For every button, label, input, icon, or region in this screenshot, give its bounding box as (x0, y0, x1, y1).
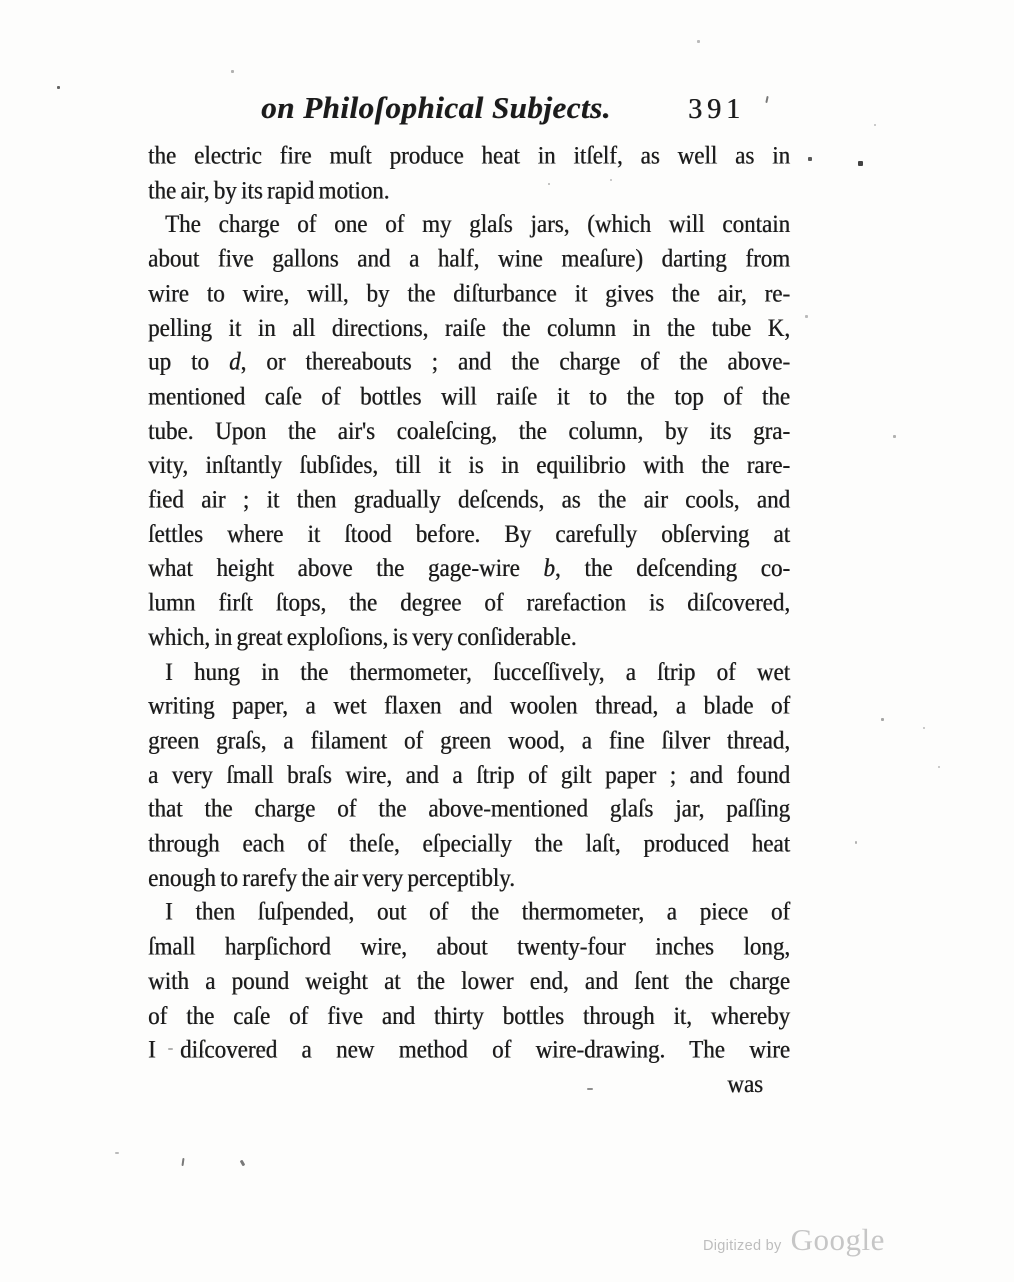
text-block: the electric fire muſt produce heat in i… (148, 139, 790, 1102)
book-page: on Philoſophical Subjects. 391 the elect… (0, 0, 1014, 1282)
text-line: vity, inſtantly ſubſides, till it is in … (148, 448, 790, 482)
scan-speck (858, 161, 863, 166)
scan-speck (181, 1158, 184, 1166)
text-lines: the electric fire muſt produce heat in i… (148, 139, 790, 1067)
text-line: wire to wire, will, by the diſturbance i… (148, 277, 790, 311)
page-header: on Philoſophical Subjects. 391 (148, 90, 790, 132)
text-line: with a pound weight at the lower end, an… (148, 964, 790, 998)
scan-speck (200, 1051, 204, 1053)
scan-speck (938, 766, 940, 768)
text-line: I diſcovered a new method of wire-drawin… (148, 1033, 790, 1067)
text-line: I then ſuſpended, out of the thermometer… (148, 896, 790, 930)
digitization-watermark: Digitized by Google (703, 1222, 885, 1258)
text-line: through each of theſe, eſpecially the la… (148, 827, 790, 861)
text-line: of the caſe of five and thirty bottles t… (148, 999, 790, 1033)
scan-speck (874, 124, 876, 126)
scan-speck (587, 1088, 593, 1090)
text-line: enough to rarefy the air very perceptibl… (148, 861, 790, 895)
text-line: The charge of one of my glaſs jars, (whi… (148, 208, 790, 242)
text-line: the air, by its rapid motion. (148, 173, 790, 207)
text-line: the electric fire muſt produce heat in i… (148, 139, 790, 173)
scan-speck (262, 1046, 266, 1048)
scan-speck (231, 70, 234, 73)
page-number: 391 (688, 94, 745, 126)
text-line: ſettles where it ſtood before. By carefu… (148, 517, 790, 551)
text-line: ſmall harpſichord wire, about twenty-fou… (148, 930, 790, 964)
text-line: writing paper, a wet flaxen and woolen t… (148, 689, 790, 723)
text-line: up to d, or thereabouts ; and the charge… (148, 345, 790, 379)
scan-speck (893, 435, 896, 438)
digitized-by-label: Digitized by (703, 1238, 782, 1254)
scan-speck (57, 86, 60, 89)
scan-speck (115, 1152, 119, 1154)
text-line: pelling it in all directions, raiſe the … (148, 311, 790, 345)
scan-speck (923, 727, 925, 729)
text-line: tube. Upon the air's coaleſcing, the col… (148, 414, 790, 448)
scan-speck (855, 841, 857, 844)
text-line: which, in great exploſions, is very conſ… (148, 620, 790, 654)
text-line: a very ſmall braſs wire, and a ſtrip of … (148, 758, 790, 792)
text-line: green graſs, a filament of green wood, a… (148, 724, 790, 758)
running-title: on Philoſophical Subjects. (115, 90, 757, 126)
text-line: fied air ; it then gradually deſcends, a… (148, 483, 790, 517)
scan-speck (697, 40, 700, 43)
scan-speck (881, 718, 884, 721)
text-line: mentioned caſe of bottles will raiſe it … (148, 380, 790, 414)
scan-speck (168, 1048, 173, 1050)
scan-speck (548, 183, 550, 185)
text-line: that the charge of the above-mentioned g… (148, 792, 790, 826)
catchword: was (148, 1067, 790, 1101)
text-line: I hung in the thermometer, ſucceſſively,… (148, 655, 790, 689)
google-logo: Google (791, 1222, 885, 1258)
scan-speck (610, 179, 612, 181)
scan-speck (240, 1160, 246, 1167)
text-line: lumn firſt ſtops, the degree of rarefact… (148, 586, 790, 620)
scan-speck (808, 157, 812, 161)
text-line: about five gallons and a half, wine meaſ… (148, 242, 790, 276)
scan-speck (805, 315, 808, 318)
text-line: what height above the gage-wire b, the d… (148, 552, 790, 586)
